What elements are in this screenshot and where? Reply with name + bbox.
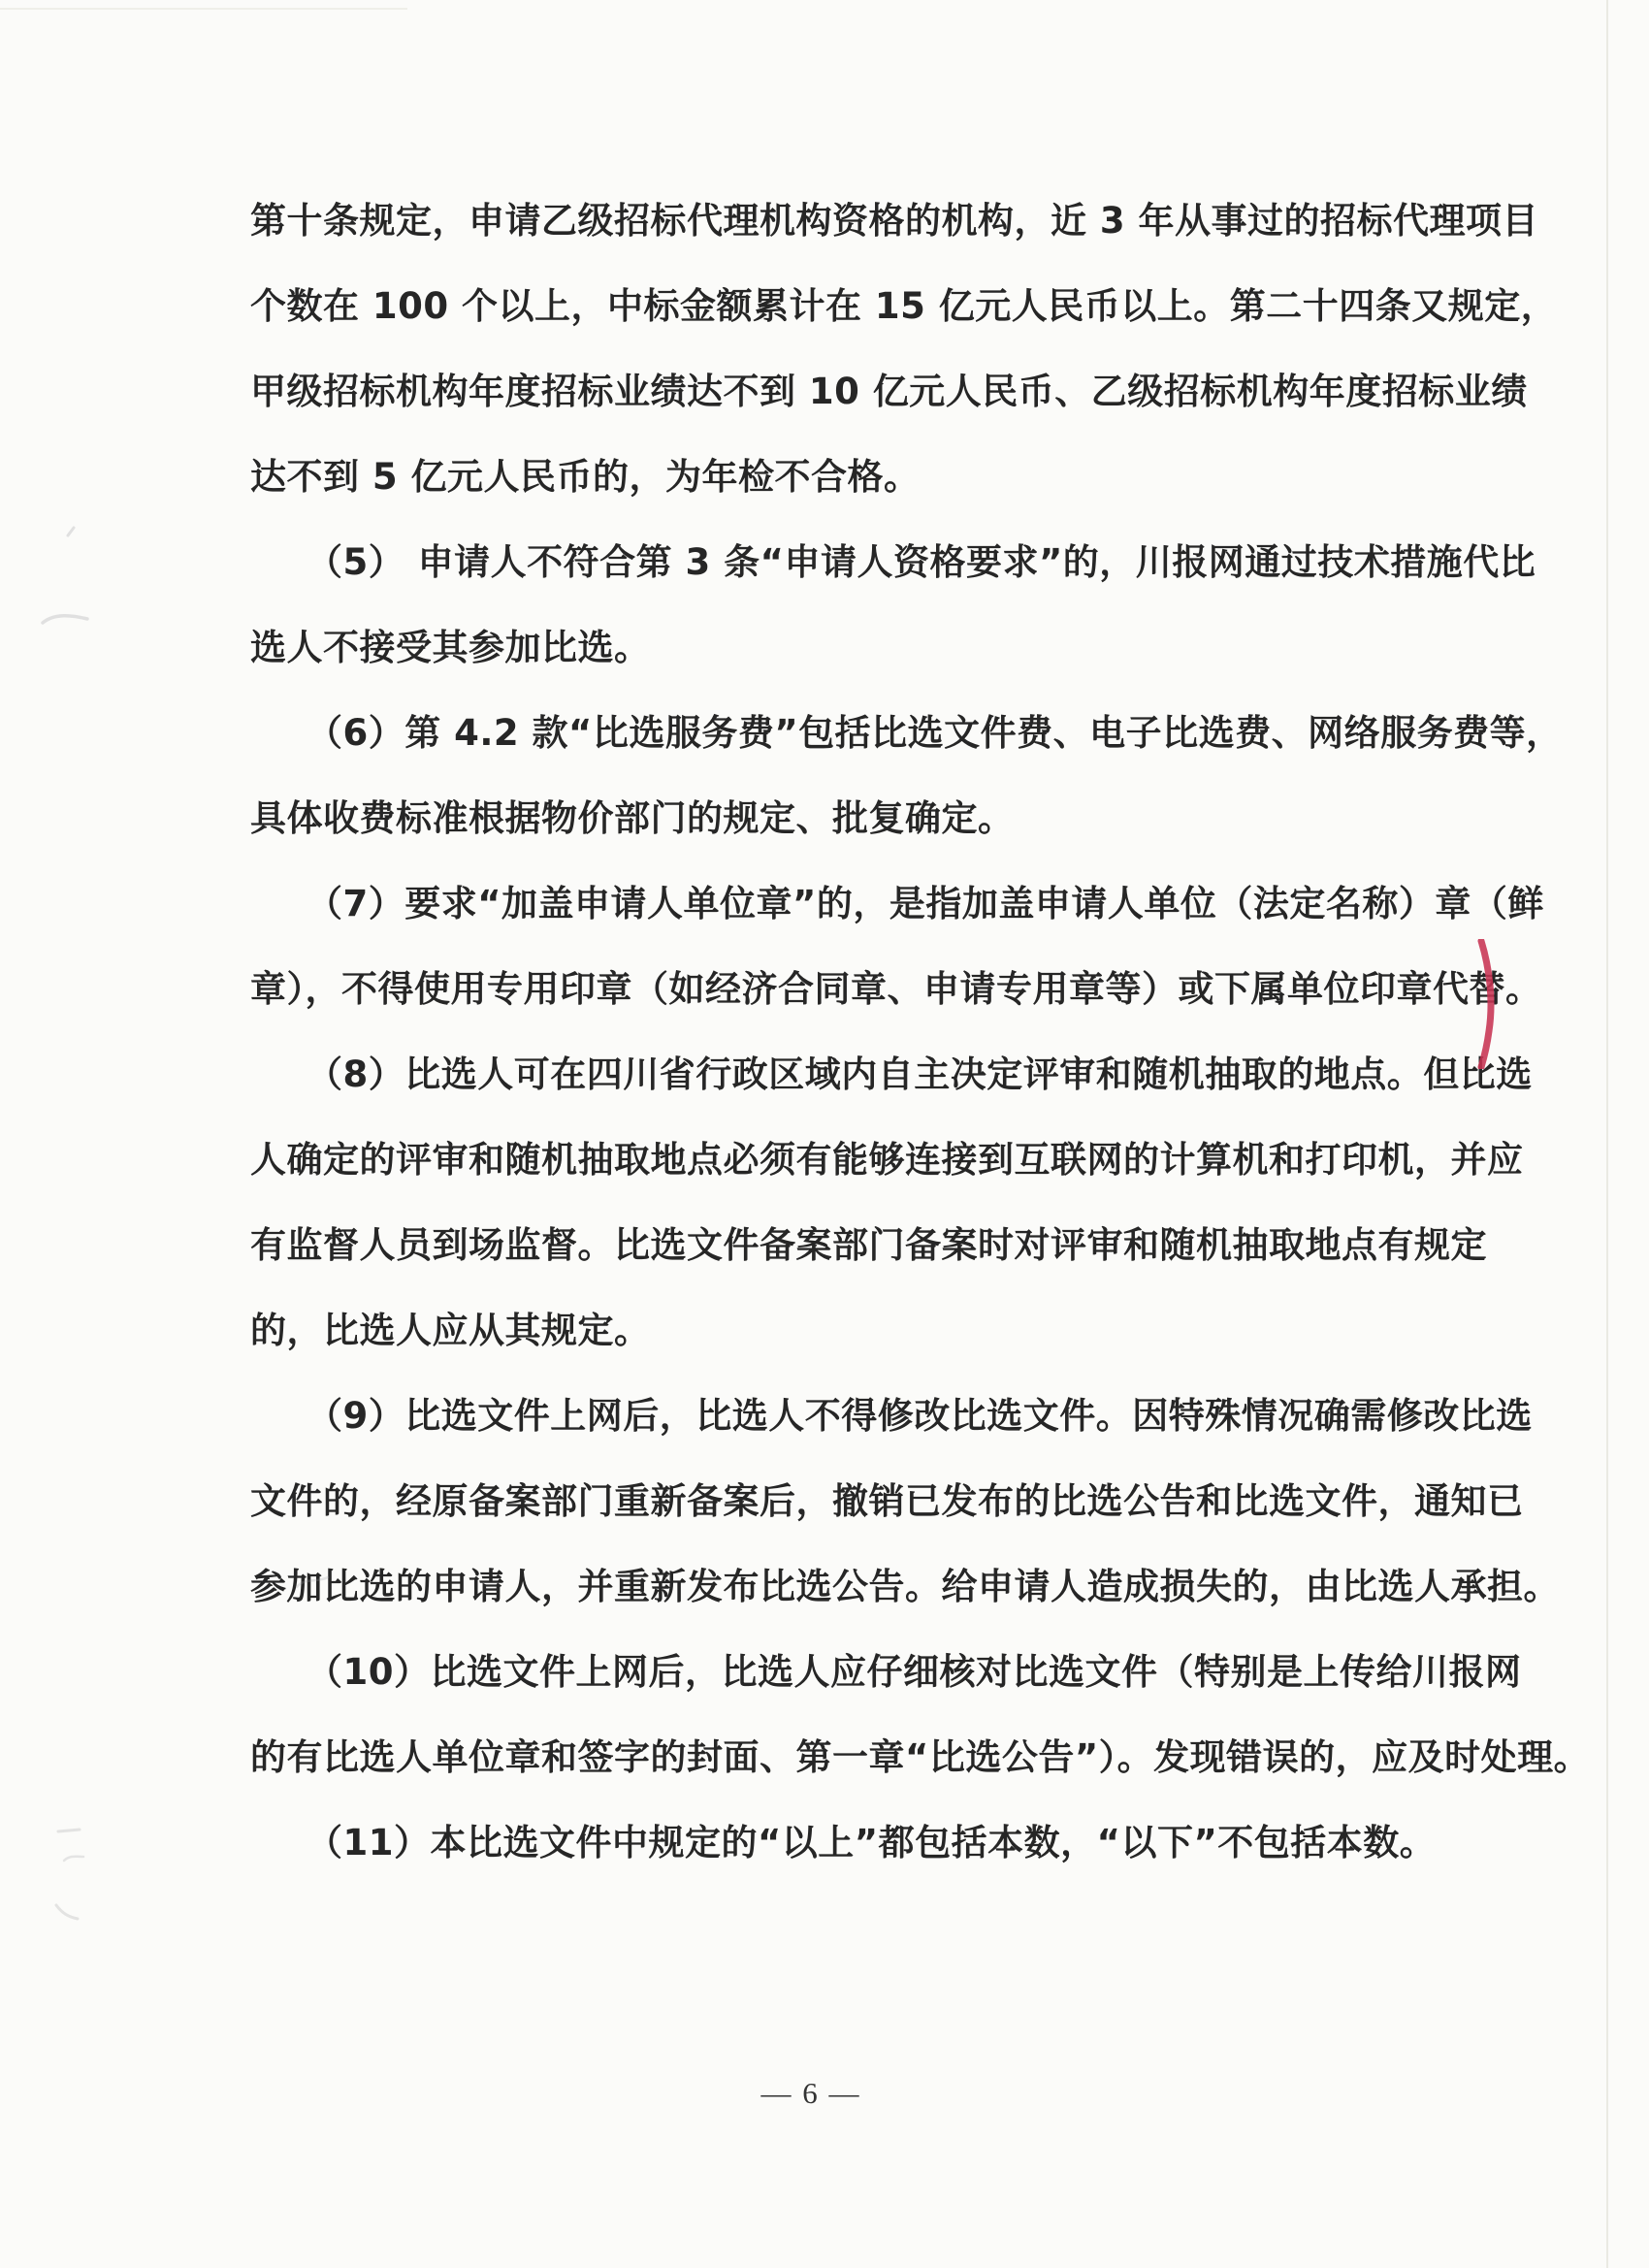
pencil-smudge — [54, 1820, 87, 1841]
text-line: 第十条规定，申请乙级招标代理机构资格的机构，近 3 年从事过的招标代理项目 — [250, 178, 1414, 264]
red-pen-stroke — [1474, 939, 1496, 1069]
text-line: 参加比选的申请人，并重新发布比选公告。给申请人造成损失的，由比选人承担。 — [250, 1544, 1414, 1630]
scanned-document-page: 第十条规定，申请乙级招标代理机构资格的机构，近 3 年从事过的招标代理项目 个数… — [0, 0, 1649, 2268]
text-line: 达不到 5 亿元人民币的，为年检不合格。 — [250, 435, 1414, 520]
text-line: 文件的，经原备案部门重新备案后，撤销已发布的比选公告和比选文件，通知已 — [250, 1459, 1414, 1544]
text-line: （9）比选文件上网后，比选人不得修改比选文件。因特殊情况确需修改比选 — [250, 1374, 1414, 1459]
text-line: （8）比选人可在四川省行政区域内自主决定评审和随机抽取的地点。但比选 — [250, 1032, 1414, 1118]
pencil-smudge — [39, 603, 93, 632]
pencil-smudge — [50, 1899, 85, 1928]
text-line: （11）本比选文件中规定的“以上”都包括本数，“以下”不包括本数。 — [250, 1800, 1414, 1886]
text-line: 的有比选人单位章和签字的封面、第一章“比选公告”）。发现错误的，应及时处理。 — [250, 1715, 1414, 1800]
text-line: 有监督人员到场监督。比选文件备案部门备案时对评审和随机抽取地点有规定 — [250, 1203, 1414, 1288]
pencil-smudge — [60, 1849, 89, 1868]
text-line: 甲级招标机构年度招标业绩达不到 10 亿元人民币、乙级招标机构年度招标业绩 — [250, 349, 1414, 435]
text-line: （6）第 4.2 款“比选服务费”包括比选文件费、电子比选费、网络服务费等， — [250, 691, 1414, 776]
page-number: — 6 — — [0, 2076, 1622, 2111]
text-line: 的，比选人应从其规定。 — [250, 1288, 1414, 1374]
text-line: 个数在 100 个以上，中标金额累计在 15 亿元人民币以上。第二十四条又规定， — [250, 264, 1414, 349]
text-line: 选人不接受其参加比选。 — [250, 605, 1414, 691]
text-line: 章），不得使用专用印章（如经济合同章、申请专用章等）或下属单位印章代替。 — [250, 947, 1414, 1032]
pencil-smudge — [50, 524, 85, 549]
text-line: （5） 申请人不符合第 3 条“申请人资格要求”的，川报网通过技术措施代比 — [250, 520, 1414, 605]
document-body: 第十条规定，申请乙级招标代理机构资格的机构，近 3 年从事过的招标代理项目 个数… — [250, 178, 1414, 1886]
text-line: （10）比选文件上网后，比选人应仔细核对比选文件（特别是上传给川报网 — [250, 1630, 1414, 1715]
scan-edge-artifact — [0, 8, 407, 10]
scan-fold-line — [1606, 0, 1608, 2268]
pencil-smudge — [291, 1570, 334, 1595]
text-line: 具体收费标准根据物价部门的规定、批复确定。 — [250, 776, 1414, 861]
text-line: （7）要求“加盖申请人单位章”的，是指加盖申请人单位（法定名称）章（鲜 — [250, 861, 1414, 947]
text-line: 人确定的评审和随机抽取地点必须有能够连接到互联网的计算机和打印机，并应 — [250, 1118, 1414, 1203]
